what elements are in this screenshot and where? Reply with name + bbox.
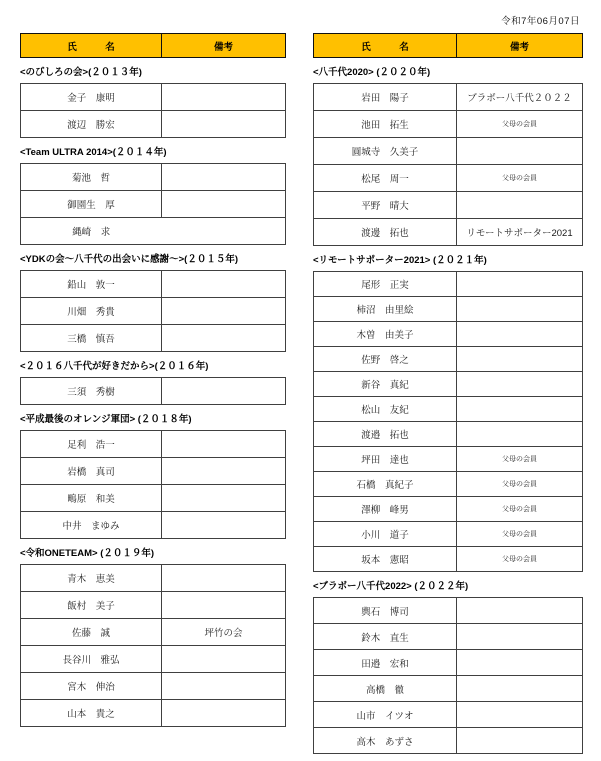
member-remark-cell (162, 700, 286, 727)
member-name-cell: 平野 晴大 (314, 192, 457, 219)
member-name-cell: 足利 浩一 (21, 431, 162, 458)
member-name-cell: 松山 友紀 (314, 397, 457, 422)
member-row: 菊池 哲 (21, 164, 286, 191)
member-remark-cell (162, 646, 286, 673)
header-name-cell: 氏 名 (21, 34, 162, 58)
member-name-cell: 御園生 厚 (21, 191, 162, 218)
member-name-cell: 佐藤 誠 (21, 619, 162, 646)
member-row: 三橋 慎吾 (21, 325, 286, 352)
member-remark-cell: 父母の会員 (457, 111, 583, 138)
member-name-cell: 高木 あずさ (314, 728, 457, 754)
member-row: 鴫原 和美 (21, 485, 286, 512)
member-name-cell: 鈴木 直生 (314, 624, 457, 650)
member-remark-cell (162, 191, 286, 218)
member-remark-cell (457, 598, 583, 624)
member-name-cell: 山市 イツオ (314, 702, 457, 728)
group-table: 三須 秀樹 (20, 377, 286, 405)
roster-column-right: 氏 名備考<八千代2020> (２０２０年)岩田 陽子ブラボー八千代２０２２池田… (313, 33, 580, 754)
group-title: <２０１６八千代が好きだから>(２０１６年) (20, 358, 283, 372)
member-remark-cell (162, 164, 286, 191)
member-remark-cell (457, 422, 583, 447)
member-row: 鈴木 直生 (314, 624, 583, 650)
group-table: 岩田 陽子ブラボー八千代２０２２池田 拓生父母の会員圓城寺 久美子松尾 周一父母… (313, 83, 583, 246)
column-header-row: 氏 名備考 (314, 34, 583, 58)
member-name-cell: 柿沼 由里絵 (314, 297, 457, 322)
member-row: 渡辺 勝宏 (21, 111, 286, 138)
member-row: 松尾 周一父母の会員 (314, 165, 583, 192)
member-name-cell: 長谷川 雅弘 (21, 646, 162, 673)
member-row: 三須 秀樹 (21, 378, 286, 405)
member-row: 池田 拓生父母の会員 (314, 111, 583, 138)
member-name-cell: 木曽 由美子 (314, 322, 457, 347)
member-remark-cell (162, 378, 286, 405)
member-remark-cell: ブラボー八千代２０２２ (457, 84, 583, 111)
member-name-cell: 飯村 美子 (21, 592, 162, 619)
member-row: 新谷 真紀 (314, 372, 583, 397)
roster-columns: 氏 名備考<のびしろの会>(２０１３年)金子 康明渡辺 勝宏<Team ULTR… (20, 33, 580, 754)
group-title: <リモートサポーター2021> (２０２１年) (313, 252, 580, 266)
member-row: 中井 まゆみ (21, 512, 286, 539)
member-name-cell: 岩田 陽子 (314, 84, 457, 111)
member-remark-cell (162, 298, 286, 325)
member-name-cell: 田邉 宏和 (314, 650, 457, 676)
member-name-cell: 宮木 伸治 (21, 673, 162, 700)
member-row: 山本 貴之 (21, 700, 286, 727)
member-row: 石橋 真紀子父母の会員 (314, 472, 583, 497)
member-name-cell: 金子 康明 (21, 84, 162, 111)
member-remark-cell (162, 431, 286, 458)
member-name-cell: 菊池 哲 (21, 164, 162, 191)
member-remark-cell (162, 458, 286, 485)
member-remark-cell (457, 297, 583, 322)
member-remark-cell: 父母の会員 (457, 522, 583, 547)
member-remark-cell (162, 512, 286, 539)
member-remark-cell (162, 673, 286, 700)
member-row: 坪田 達也父母の会員 (314, 447, 583, 472)
member-name-cell: 圓城寺 久美子 (314, 138, 457, 165)
member-remark-cell: リモートサポーター2021 (457, 219, 583, 246)
member-row: 圓城寺 久美子 (314, 138, 583, 165)
member-remark-cell (457, 397, 583, 422)
group-table: 青木 恵美飯村 美子佐藤 誠坪竹の会長谷川 雅弘宮木 伸治山本 貴之 (20, 564, 286, 727)
group-table: 金子 康明渡辺 勝宏 (20, 83, 286, 138)
member-remark-cell (457, 192, 583, 219)
member-remark-cell (162, 111, 286, 138)
member-row: 佐藤 誠坪竹の会 (21, 619, 286, 646)
member-remark-cell (457, 322, 583, 347)
group-title: <ブラボー八千代2022> (２０２２年) (313, 578, 580, 592)
member-row: 足利 浩一 (21, 431, 286, 458)
header-remarks-cell: 備考 (162, 34, 286, 58)
member-name-cell: 石橋 真紀子 (314, 472, 457, 497)
member-row: 縄崎 求 (21, 218, 286, 245)
column-header-table: 氏 名備考 (313, 33, 583, 58)
member-name-cell: 尾形 正実 (314, 272, 457, 297)
member-name-cell: 岩橋 真司 (21, 458, 162, 485)
group-table: 輿石 博司鈴木 直生田邉 宏和高橋 徹山市 イツオ高木 あずさ (313, 597, 583, 754)
member-remark-cell (162, 325, 286, 352)
document-date: 令和7年06月07日 (501, 13, 580, 27)
group-title: <のびしろの会>(２０１３年) (20, 64, 283, 78)
member-row: 長谷川 雅弘 (21, 646, 286, 673)
member-remark-cell: 父母の会員 (457, 547, 583, 572)
member-remark-cell (162, 565, 286, 592)
member-name-cell: 坂本 憲昭 (314, 547, 457, 572)
member-row: 松山 友紀 (314, 397, 583, 422)
member-name-cell: 新谷 真紀 (314, 372, 457, 397)
member-name-cell: 川畑 秀貴 (21, 298, 162, 325)
member-remark-cell (162, 218, 286, 245)
member-row: 金子 康明 (21, 84, 286, 111)
group-title: <令和ONETEAM> (２０１９年) (20, 545, 283, 559)
group-table: 足利 浩一岩橋 真司鴫原 和美中井 まゆみ (20, 430, 286, 539)
member-row: 岩橋 真司 (21, 458, 286, 485)
member-name-cell: 渡邊 拓也 (314, 219, 457, 246)
member-remark-cell (457, 624, 583, 650)
member-row: 輿石 博司 (314, 598, 583, 624)
member-remark-cell: 父母の会員 (457, 497, 583, 522)
member-name-cell: 小川 道子 (314, 522, 457, 547)
member-name-cell: 松尾 周一 (314, 165, 457, 192)
member-remark-cell: 父母の会員 (457, 447, 583, 472)
member-row: 渡邊 拓也リモートサポーター2021 (314, 219, 583, 246)
member-name-cell: 山本 貴之 (21, 700, 162, 727)
group-title: <八千代2020> (２０２０年) (313, 64, 580, 78)
member-row: 青木 恵美 (21, 565, 286, 592)
member-remark-cell (457, 372, 583, 397)
member-remark-cell (457, 347, 583, 372)
member-row: 高木 あずさ (314, 728, 583, 754)
roster-column-left: 氏 名備考<のびしろの会>(２０１３年)金子 康明渡辺 勝宏<Team ULTR… (20, 33, 283, 727)
member-row: 澤柳 峰男父母の会員 (314, 497, 583, 522)
member-name-cell: 鴫原 和美 (21, 485, 162, 512)
member-remark-cell (162, 485, 286, 512)
column-header-table: 氏 名備考 (20, 33, 286, 58)
member-row: 坂本 憲昭父母の会員 (314, 547, 583, 572)
member-remark-cell (162, 592, 286, 619)
header-remarks-cell: 備考 (457, 34, 583, 58)
group-title: <平成最後のオレンジ軍団> (２０１８年) (20, 411, 283, 425)
member-row: 飯村 美子 (21, 592, 286, 619)
member-name-cell: 渡辺 勝宏 (21, 111, 162, 138)
member-row: 尾形 正実 (314, 272, 583, 297)
member-name-cell: 輿石 博司 (314, 598, 457, 624)
member-row: 宮木 伸治 (21, 673, 286, 700)
member-name-cell: 澤柳 峰男 (314, 497, 457, 522)
member-remark-cell (457, 702, 583, 728)
member-name-cell: 縄崎 求 (21, 218, 162, 245)
member-row: 柿沼 由里絵 (314, 297, 583, 322)
member-name-cell: 鉛山 敦一 (21, 271, 162, 298)
member-row: 山市 イツオ (314, 702, 583, 728)
member-remark-cell (457, 728, 583, 754)
member-remark-cell (162, 271, 286, 298)
member-row: 平野 晴大 (314, 192, 583, 219)
group-title: <Team ULTRA 2014>(２０１４年) (20, 144, 283, 158)
member-row: 御園生 厚 (21, 191, 286, 218)
header-name-cell: 氏 名 (314, 34, 457, 58)
member-remark-cell: 父母の会員 (457, 165, 583, 192)
member-name-cell: 中井 まゆみ (21, 512, 162, 539)
member-name-cell: 池田 拓生 (314, 111, 457, 138)
member-name-cell: 高橋 徹 (314, 676, 457, 702)
group-table: 鉛山 敦一川畑 秀貴三橋 慎吾 (20, 270, 286, 352)
member-row: 川畑 秀貴 (21, 298, 286, 325)
member-row: 田邉 宏和 (314, 650, 583, 676)
member-remark-cell: 父母の会員 (457, 472, 583, 497)
group-table: 尾形 正実柿沼 由里絵木曽 由美子佐野 啓之新谷 真紀松山 友紀渡邉 拓也坪田 … (313, 271, 583, 572)
member-name-cell: 三須 秀樹 (21, 378, 162, 405)
member-row: 小川 道子父母の会員 (314, 522, 583, 547)
member-remark-cell (457, 676, 583, 702)
member-remark-cell: 坪竹の会 (162, 619, 286, 646)
member-remark-cell (457, 650, 583, 676)
member-name-cell: 青木 恵美 (21, 565, 162, 592)
member-remark-cell (457, 138, 583, 165)
member-name-cell: 渡邉 拓也 (314, 422, 457, 447)
column-header-row: 氏 名備考 (21, 34, 286, 58)
member-name-cell: 坪田 達也 (314, 447, 457, 472)
member-row: 佐野 啓之 (314, 347, 583, 372)
member-row: 岩田 陽子ブラボー八千代２０２２ (314, 84, 583, 111)
member-name-cell: 佐野 啓之 (314, 347, 457, 372)
member-row: 鉛山 敦一 (21, 271, 286, 298)
group-title: <YDKの会～八千代の出会いに感謝～>(２０１５年) (20, 251, 283, 265)
member-remark-cell (162, 84, 286, 111)
member-remark-cell (457, 272, 583, 297)
member-row: 木曽 由美子 (314, 322, 583, 347)
member-name-cell: 三橋 慎吾 (21, 325, 162, 352)
member-row: 渡邉 拓也 (314, 422, 583, 447)
member-row: 高橋 徹 (314, 676, 583, 702)
group-table: 菊池 哲御園生 厚縄崎 求 (20, 163, 286, 245)
